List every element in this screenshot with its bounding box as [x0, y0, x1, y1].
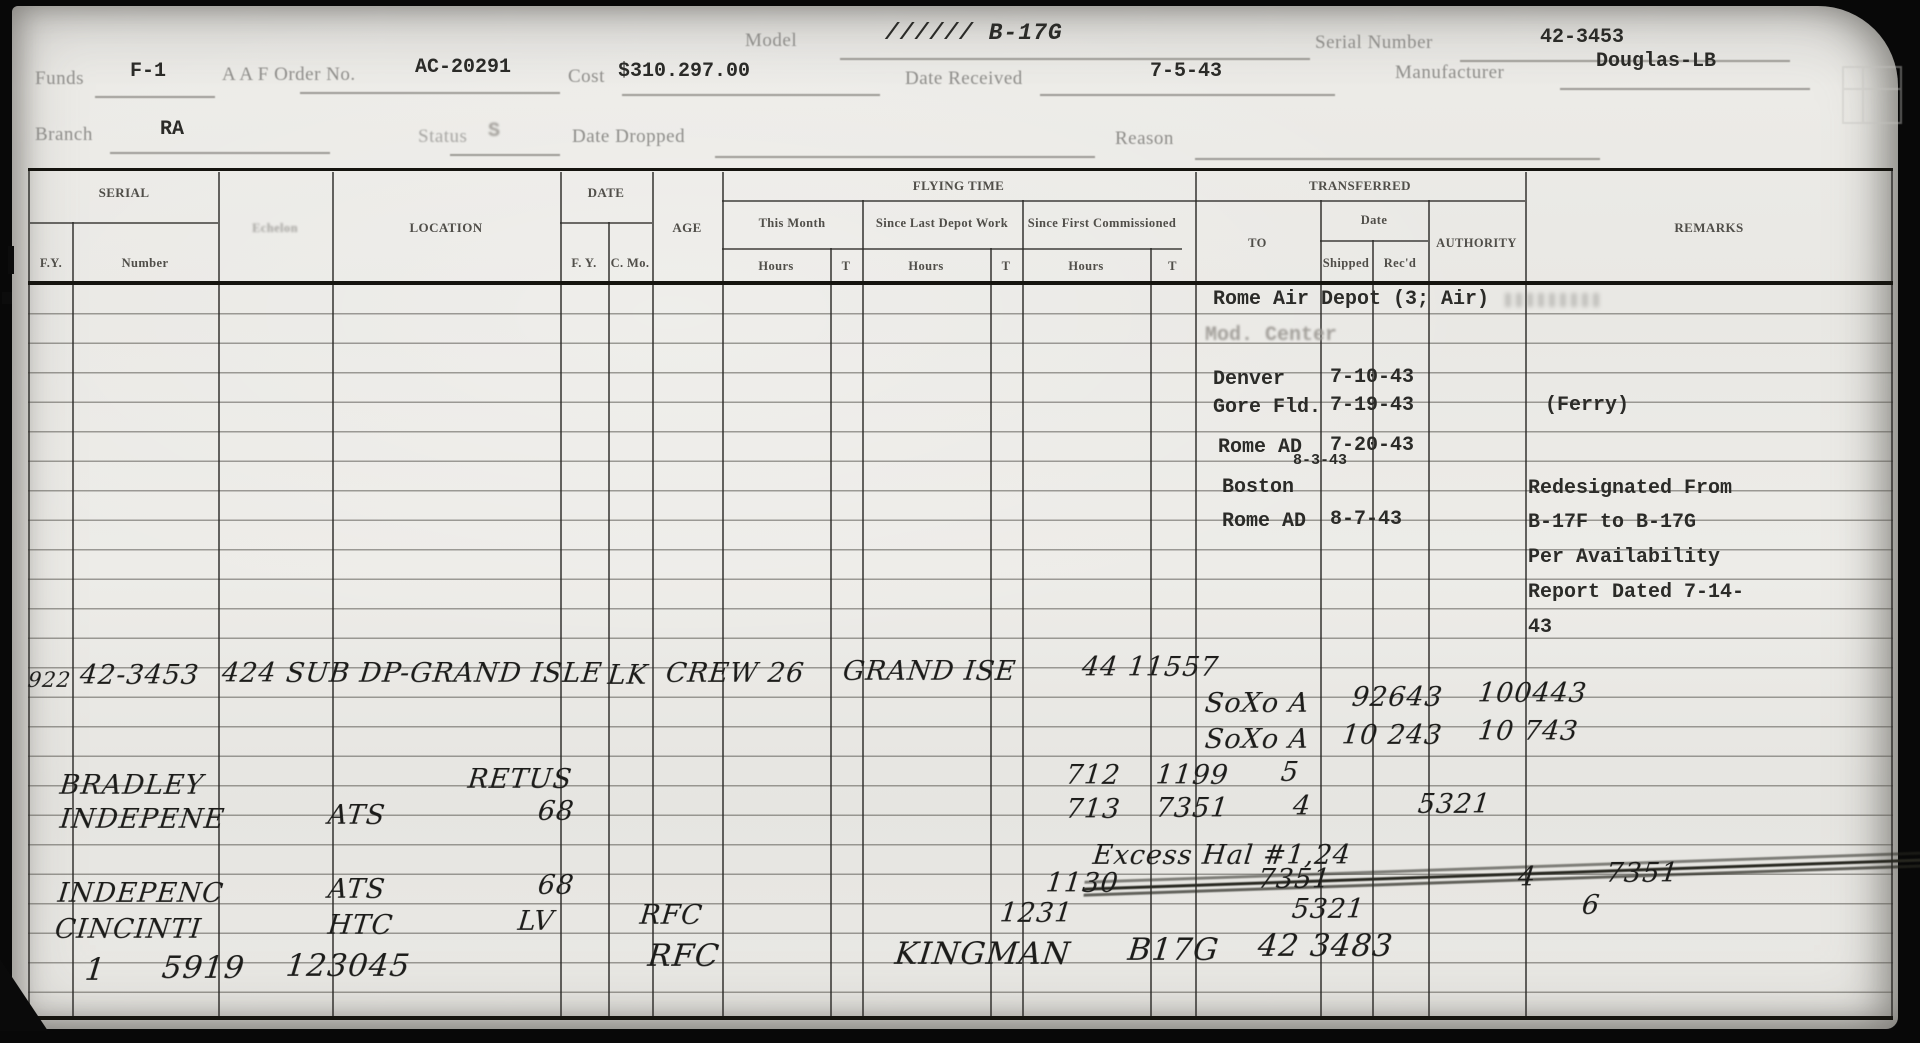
entry-h8-auth: 5321 — [1290, 894, 1366, 925]
entry-rome-depot: Rome Air Depot (3; Air) — [1213, 288, 1489, 311]
col-header-remarks: REMARKS — [1525, 172, 1893, 285]
field-label-cost-label: Cost — [568, 66, 605, 88]
field-value-model-value: ////// B-17G — [885, 20, 1063, 46]
entry-h2-d1: 92643 — [1350, 682, 1444, 713]
col-header-this-month: This Month — [722, 202, 862, 246]
col-header-t: T — [1150, 249, 1195, 285]
entry-redesig4: Report Dated 7-14- — [1528, 581, 1744, 604]
table-column-line — [862, 285, 864, 1016]
entry-h1-fy: 922 — [27, 668, 73, 692]
field-value-funds-value: F-1 — [130, 60, 166, 83]
entry-rome-ad1: Rome AD — [1218, 436, 1302, 459]
entry-h5-four: 4 — [1291, 791, 1312, 822]
entry-boston: Boston — [1222, 476, 1294, 499]
entry-mod-center: Mod. Center — [1205, 324, 1337, 347]
form-underline — [1040, 94, 1335, 96]
col-header-hours: Hours — [862, 249, 990, 285]
field-label-status-label: Status — [418, 126, 467, 148]
form-underline — [110, 152, 330, 154]
field-value-status-value: S — [488, 120, 500, 143]
entry-h7-to: 7351 — [1256, 864, 1332, 895]
entry-h1-to: 44 11557 — [1080, 652, 1220, 683]
col-header-recd: Rec'd — [1372, 242, 1428, 285]
entry-denver: Denver — [1213, 368, 1285, 391]
table-border — [28, 1016, 1893, 1020]
table-column-line — [560, 285, 562, 1016]
entry-h1-grand: GRAND ISE — [841, 656, 1017, 687]
field-label-serial-label: Serial Number — [1315, 32, 1433, 54]
entry-h3-d2: 10 743 — [1476, 716, 1580, 747]
form-underline — [840, 58, 1310, 60]
entry-h5-auth: 5321 — [1416, 789, 1492, 820]
col-header-location: LOCATION — [332, 172, 560, 285]
col-header-date2: Date — [1320, 202, 1428, 240]
form-underline — [715, 156, 1095, 158]
entry-h4-s: 5 — [1279, 757, 1300, 788]
form-underline — [95, 96, 215, 98]
entry-rome-ad2-date: 8-7-43 — [1330, 508, 1402, 531]
table-column-line — [722, 285, 724, 1016]
entry-h7-auth: 7351 — [1604, 858, 1680, 889]
entry-gore: Gore Fld. — [1213, 396, 1321, 419]
col-header-echelon: Echelon — [218, 172, 332, 285]
field-label-funds-label: Funds — [35, 68, 84, 90]
col-header-fy: F.Y. — [30, 243, 72, 285]
entry-h5-name: INDEPENE — [58, 804, 226, 835]
table-border — [28, 281, 1893, 285]
col-header-transferred: TRANSFERRED — [1195, 172, 1525, 200]
col-header-flying-time: FLYING TIME — [722, 172, 1195, 200]
col-header-t: T — [990, 249, 1022, 285]
entry-h1-loc: 424 SUB DP-GRAND ISLE — [220, 658, 604, 689]
entry-h8-rfc: RFC — [638, 900, 704, 931]
entry-h9-fy: 1 — [83, 952, 108, 988]
entry-h5-age: 68 — [536, 796, 576, 827]
col-header-since-first: Since First Commissioned — [1022, 202, 1182, 246]
entry-h8-name: CINCINTI — [53, 914, 203, 945]
entry-h2-to: SoXo A — [1203, 688, 1311, 719]
entry-h1-crew: CREW 26 — [664, 658, 806, 689]
col-header-serial: SERIAL — [30, 176, 218, 210]
col-header-shipped: Shipped — [1320, 242, 1372, 285]
entry-ferry: (Ferry) — [1545, 394, 1629, 417]
entry-h1-lk: LK — [606, 660, 649, 691]
entry-redesig2: B-17F to B-17G — [1528, 511, 1696, 534]
entry-h9-b17g: B17G — [1126, 932, 1221, 968]
scan-artifact — [2, 292, 12, 304]
entry-h7-ats: ATS — [326, 874, 387, 905]
entry-h7-name: INDEPENC — [56, 878, 225, 909]
col-header-date: DATE — [560, 176, 652, 210]
entry-h9-num: 5919 — [160, 950, 247, 986]
table-column-line — [1428, 285, 1430, 1016]
entry-h7-hrs: 1130 — [1044, 868, 1120, 899]
field-label-reason-label: Reason — [1115, 128, 1174, 150]
field-label-received-label: Date Received — [905, 68, 1023, 90]
entry-h4-hrs: 712 — [1064, 760, 1122, 791]
entry-h4-name: BRADLEY — [58, 770, 205, 801]
field-label-branch-label: Branch — [35, 124, 93, 146]
table-column-line — [1150, 285, 1152, 1016]
scan-artifact — [8, 246, 14, 274]
col-header-since-last: Since Last Depot Work — [862, 202, 1022, 246]
field-value-received-value: 7-5-43 — [1150, 60, 1222, 83]
table-border — [28, 168, 1893, 171]
table-column-line — [1525, 285, 1527, 1016]
col-header-to: TO — [1195, 202, 1320, 285]
col-header-date-cmo: C. Mo. — [608, 243, 652, 285]
entry-h5-to: 7351 — [1154, 793, 1230, 824]
table-header-line — [560, 222, 652, 224]
field-value-branch-value: RA — [160, 118, 184, 141]
illegible-smudge — [1505, 293, 1600, 307]
entry-h8-htc: HTC — [326, 910, 394, 941]
entry-h9-loc: 123045 — [284, 948, 412, 984]
field-label-model-label: Model — [745, 30, 797, 52]
table-column-line — [608, 285, 610, 1016]
entry-h5-hrs: 713 — [1064, 794, 1122, 825]
entry-h9-rfc: RFC — [646, 938, 721, 974]
entry-h1-num: 42-3453 — [78, 660, 200, 691]
entry-h3-d1: 10 243 — [1340, 720, 1444, 751]
field-value-serial-value: 42-3453 — [1540, 26, 1624, 49]
form-underline — [450, 154, 560, 156]
entry-h7-age: 68 — [536, 870, 576, 901]
table-header-line — [30, 222, 218, 224]
field-label-order-label: A A F Order No. — [222, 64, 356, 86]
entry-rome-ad2: Rome AD — [1222, 510, 1306, 533]
scanned-aircraft-record-card: SERIALF.Y.NumberEchelonLOCATIONDATEF. Y.… — [0, 0, 1920, 1043]
col-header-t: T — [830, 249, 862, 285]
entry-denver-date: 7-10-43 — [1330, 366, 1414, 389]
col-header-date-fy: F. Y. — [560, 243, 608, 285]
table-column-line — [830, 285, 832, 1016]
col-header-hours: Hours — [722, 249, 830, 285]
entry-h4-age: RETUS — [466, 764, 574, 795]
entry-h9-kingman: KINGMAN — [893, 936, 1072, 972]
field-value-manufacturer-value: Douglas-LB — [1596, 50, 1716, 73]
col-header-age: AGE — [652, 172, 722, 285]
entry-h4-to: 1199 — [1154, 760, 1230, 791]
form-underline — [1560, 88, 1810, 90]
entry-h9-serial: 42 3483 — [1256, 928, 1395, 964]
entry-redesig3: Per Availability — [1528, 546, 1720, 569]
entry-gore-date: 7-19-43 — [1330, 394, 1414, 417]
entry-rome-ad1-date: 7-20-43 — [1330, 434, 1414, 457]
entry-h2-d2: 100443 — [1476, 678, 1588, 709]
table-outer-border — [1891, 168, 1893, 1020]
field-label-manufacturer-label: Manufacturer — [1395, 62, 1504, 84]
entry-h8-six: 6 — [1580, 890, 1601, 921]
entry-redesig5: 43 — [1528, 616, 1552, 639]
entry-h6-crossed: Excess Hal #1,24 — [1091, 840, 1920, 871]
table-outer-border — [28, 168, 30, 1020]
entry-h8-lv: LV — [516, 906, 555, 937]
col-header-authority: AUTHORITY — [1428, 202, 1525, 285]
form-underline — [300, 92, 560, 94]
table-column-line — [332, 285, 334, 1016]
table-column-line — [1195, 285, 1197, 1016]
entry-h7-four: 4 — [1516, 862, 1537, 893]
col-header-number: Number — [72, 243, 218, 285]
form-underline — [622, 94, 880, 96]
entry-h8-hrs: 1231 — [998, 898, 1074, 929]
form-underline — [1195, 158, 1600, 160]
field-label-dropped-label: Date Dropped — [572, 126, 685, 148]
entry-h5-ats: ATS — [326, 800, 387, 831]
entry-h3-to: SoXo A — [1203, 724, 1311, 755]
scan-grid-mark — [1842, 66, 1902, 124]
col-header-hours: Hours — [1022, 249, 1150, 285]
entry-redesig1: Redesignated From — [1528, 477, 1732, 500]
table-column-line — [990, 285, 992, 1016]
field-value-order-value: AC-20291 — [415, 56, 511, 79]
field-value-cost-value: $310.297.00 — [618, 60, 750, 83]
